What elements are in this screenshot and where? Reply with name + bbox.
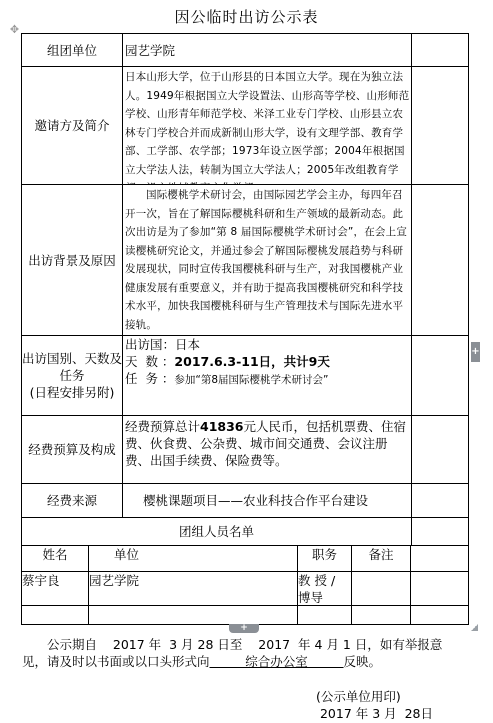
notice-paragraph: 公示期自 2017 年 3 月 28 日至 2017 年 4 月 1 日，如有举… [22, 636, 482, 670]
extra-cell[interactable] [410, 571, 469, 606]
member-role[interactable]: 教 授 / 博导 [297, 571, 352, 606]
funding-label: 经费来源 [21, 483, 123, 518]
budget-amount: 41836 [200, 419, 244, 434]
days-line: 天 数 ：2017.6.3-11日，共计9天 [125, 353, 410, 370]
extra-cell[interactable] [411, 335, 469, 416]
background-label: 出访背景及原因 [21, 184, 123, 336]
background-text[interactable]: 国际樱桃学术研讨会，由国际园艺学会主办，每四年召开一次，旨在了解国际樱桃科研和生… [122, 184, 412, 336]
funding-value[interactable]: 樱桃课题项目——农业科技合作平台建设 [122, 483, 412, 518]
notice-line2: 见，请及时以书面或以口头形式向 综合办公室 反映。 [22, 653, 482, 670]
member-name[interactable]: 蔡宇良 [21, 571, 89, 606]
members-header-note: 备注 [351, 545, 411, 572]
add-row-button[interactable]: + [229, 624, 259, 633]
extra-cell[interactable] [411, 415, 469, 484]
group-unit-value[interactable]: 园艺学院 [122, 33, 412, 67]
extra-cell[interactable] [411, 517, 469, 546]
member-note[interactable] [351, 605, 411, 625]
add-column-button[interactable]: + [471, 342, 480, 362]
stamp-date: 2017 年 3 月 28日 [316, 705, 433, 722]
page-title: 因公临时出访公示表 [0, 6, 493, 27]
table-move-handle-icon[interactable]: ✥ [9, 24, 20, 35]
itinerary-label-line2: 任务 [59, 367, 84, 384]
member-note[interactable] [351, 571, 411, 606]
budget-text[interactable]: 经费预算总计41836元人民币，包括机票费、住宿费、伙食费、公杂费、城市间交通费… [122, 415, 412, 484]
members-header-role: 职务 [297, 545, 352, 572]
budget-label: 经费预算及构成 [21, 415, 123, 484]
members-section-title: 团组人员名单 [21, 517, 412, 546]
group-unit-label: 组团单位 [21, 33, 123, 67]
stamp-label: (公示单位用印) [316, 688, 433, 705]
member-unit[interactable]: 园艺学院 [88, 571, 298, 606]
country-value: 日本 [175, 337, 200, 352]
extra-cell[interactable] [411, 184, 469, 336]
days-label: 天 数 ： [125, 354, 174, 369]
extra-cell[interactable] [411, 33, 469, 67]
notice-line2-suffix: 反映。 [344, 654, 382, 669]
member-role[interactable] [297, 605, 352, 625]
itinerary-label-line3: (日程安排另附) [30, 384, 115, 401]
itinerary-label-line1: 出访国别、天数及 [22, 350, 122, 367]
task-value: 参加“第8届国际樱桃学术研讨会” [174, 374, 328, 386]
task-line: 任 务 ：参加“第8届国际樱桃学术研讨会” [125, 370, 410, 389]
extra-cell[interactable] [410, 605, 469, 625]
task-label: 任 务 ： [125, 371, 174, 386]
itinerary-details[interactable]: 出访国：日本 天 数 ：2017.6.3-11日，共计9天 任 务 ：参加“第8… [122, 335, 412, 416]
members-header-unit: 单位 [88, 545, 298, 572]
notice-line2-prefix: 见，请及时以书面或以口头形式向 [22, 654, 210, 669]
stamp-block: (公示单位用印) 2017 年 3 月 28日 [316, 688, 433, 722]
extra-cell[interactable] [410, 545, 469, 572]
member-unit[interactable] [88, 605, 298, 625]
invitation-label: 邀请方及简介 [21, 66, 123, 185]
extra-cell[interactable] [411, 483, 469, 518]
extra-cell[interactable] [411, 66, 469, 185]
member-name[interactable] [21, 605, 89, 625]
table-resize-handle-icon[interactable] [471, 624, 478, 631]
members-header-name: 姓名 [21, 545, 89, 572]
itinerary-label: 出访国别、天数及 任务 (日程安排另附) [21, 335, 123, 416]
notice-office: 综合办公室 [210, 654, 344, 669]
country-line: 出访国：日本 [125, 336, 410, 353]
notice-line1: 公示期自 2017 年 3 月 28 日至 2017 年 4 月 1 日，如有举… [22, 636, 482, 653]
invitation-text[interactable]: 日本山形大学，位于山形县的日本国立大学。现在为独立法人。1949年根据国立大学设… [122, 66, 412, 185]
days-value: 2017.6.3-11日，共计9天 [174, 354, 329, 369]
country-label: 出访国： [125, 337, 175, 352]
budget-prefix: 经费预算总计 [125, 419, 200, 434]
